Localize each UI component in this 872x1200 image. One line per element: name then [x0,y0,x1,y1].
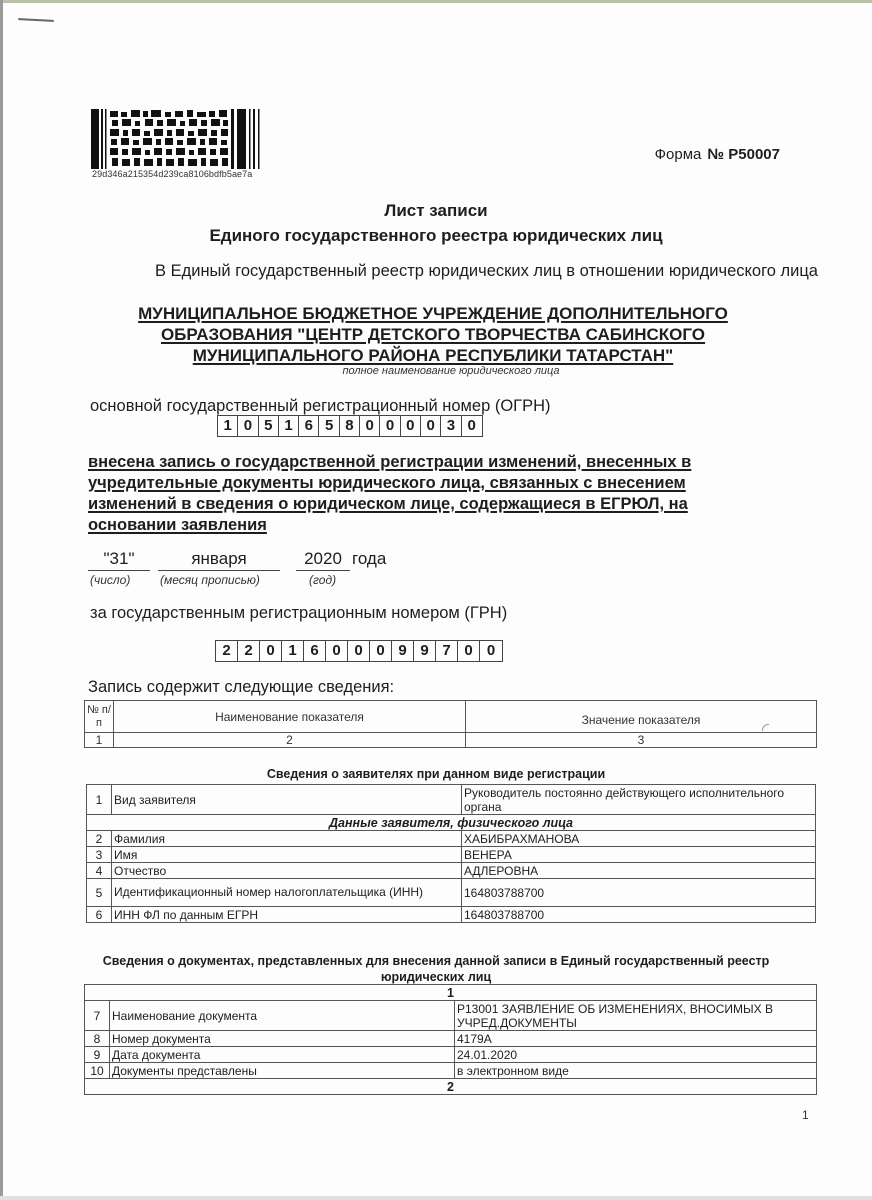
row-number: 6 [87,907,112,923]
org-name-line: МУНИЦИПАЛЬНОГО РАЙОНА РЕСПУБЛИКИ ТАТАРСТ… [193,346,673,365]
row-label: Отчество [112,863,462,879]
grn-digit: 0 [458,641,480,661]
row-number: 10 [85,1063,110,1079]
col-index-2: 2 [114,733,466,748]
grn-digit: 7 [436,641,458,661]
row-label: Идентификационный номер налогоплательщик… [112,879,462,907]
ogrn-digit: 5 [259,416,279,436]
documents-section-title: Сведения о документах, представленных дл… [0,953,872,985]
grn-digit: 0 [260,641,282,661]
documents-table: 1 7 Наименование документа Р13001 ЗАЯВЛЕ… [84,984,817,1095]
row-value: ХАБИБРАХМАНОВА [462,831,816,847]
org-name-line: ОБРАЗОВАНИЯ "ЦЕНТР ДЕТСКОГО ТВОРЧЕСТВА С… [161,325,705,344]
row-number: 7 [85,1001,110,1031]
row-value: Руководитель постоянно действующего испо… [462,785,816,815]
contents-label: Запись содержит следующие сведения: [88,678,394,697]
col-number-header: № п/п [85,701,114,733]
table-row: 8 Номер документа 4179А [85,1031,817,1047]
row-value: ВЕНЕРА [462,847,816,863]
grn-digit: 9 [392,641,414,661]
document-title: Лист записи [0,201,872,221]
document-subtitle: Единого государственного реестра юридиче… [0,226,872,246]
table-row: 6 ИНН ФЛ по данным ЕГРН 164803788700 [87,907,816,923]
organization-name: МУНИЦИПАЛЬНОЕ БЮДЖЕТНОЕ УЧРЕЖДЕНИЕ ДОПОЛ… [108,303,758,366]
grn-digit: 0 [480,641,502,661]
col-name-header: Наименование показателя [114,701,466,733]
registration-date: "31" (число) января (месяц прописью) 202… [88,549,408,594]
ogrn-digit: 1 [279,416,299,436]
ogrn-digit: 0 [238,416,258,436]
row-number: 1 [87,785,112,815]
org-name-caption: полное наименование юридического лица [0,365,872,377]
ogrn-digit: 0 [421,416,441,436]
date-suffix: года [352,549,386,569]
grn-digit: 2 [216,641,238,661]
table-row: 10 Документы представлены в электронном … [85,1063,817,1079]
scan-edge-bottom [0,1196,872,1200]
row-number: 2 [87,831,112,847]
intro-text: В Единый государственный реестр юридичес… [88,262,838,281]
col-index-3: 3 [466,733,817,748]
date-day-caption: (число) [90,573,130,587]
barcode-id: 29d346a215354d239ca8106bdfb5ae7a [92,169,252,179]
row-value: 164803788700 [462,879,816,907]
table-row: 7 Наименование документа Р13001 ЗАЯВЛЕНИ… [85,1001,817,1031]
form-number: Форма№ Р50007 [655,146,780,163]
row-label: Дата документа [110,1047,455,1063]
table-row: 1 Вид заявителя Руководитель постоянно д… [87,785,816,815]
scan-edge-top [0,0,872,3]
row-label: Имя [112,847,462,863]
statement-line: изменений в сведения о юридическом лице,… [88,495,688,513]
contents-header-table: № п/п Наименование показателя Значение п… [84,700,817,748]
scan-edge-left [0,0,3,1200]
date-month-caption: (месяц прописью) [160,573,260,587]
ogrn-digit: 5 [319,416,339,436]
grn-digit: 0 [370,641,392,661]
date-year: 2020 [296,549,350,571]
row-label: Номер документа [110,1031,455,1047]
row-label: Фамилия [112,831,462,847]
row-value: 4179А [455,1031,817,1047]
grn-digit: 1 [282,641,304,661]
ogrn-digit: 6 [299,416,319,436]
pen-mark [762,724,769,731]
statement-line: основании заявления [88,516,267,534]
ogrn-digits: 1 0 5 1 6 5 8 0 0 0 0 3 0 [217,415,483,437]
date-month: января [158,549,280,571]
ogrn-label: основной государственный регистрационный… [90,397,551,416]
form-code: № Р50007 [707,146,780,163]
applicant-subheader: Данные заявителя, физического лица [87,815,816,831]
page-number: 1 [802,1108,809,1122]
ogrn-digit: 0 [380,416,400,436]
row-label: Наименование документа [110,1001,455,1031]
grn-digit: 0 [326,641,348,661]
table-row: 2 Фамилия ХАБИБРАХМАНОВА [87,831,816,847]
row-number: 4 [87,863,112,879]
ogrn-digit: 8 [340,416,360,436]
grn-digits: 2 2 0 1 6 0 0 0 9 9 7 0 0 [215,640,503,662]
grn-label: за государственным регистрационным номер… [90,604,507,623]
row-number: 9 [85,1047,110,1063]
ogrn-digit: 0 [462,416,482,436]
grn-digit: 6 [304,641,326,661]
row-value: АДЛЕРОВНА [462,863,816,879]
row-value: 24.01.2020 [455,1047,817,1063]
ogrn-digit: 3 [441,416,461,436]
grn-digit: 2 [238,641,260,661]
date-year-caption: (год) [309,573,336,587]
statement-line: внесена запись о государственной регистр… [88,453,691,471]
registration-statement: внесена запись о государственной регистр… [88,452,768,536]
date-day: "31" [88,549,150,571]
grn-digit: 0 [348,641,370,661]
table-row: 4 Отчество АДЛЕРОВНА [87,863,816,879]
row-value: Р13001 ЗАЯВЛЕНИЕ ОБ ИЗМЕНЕНИЯХ, ВНОСИМЫХ… [455,1001,817,1031]
ogrn-digit: 1 [218,416,238,436]
table-row: 5 Идентификационный номер налогоплательщ… [87,879,816,907]
document-group-number: 1 [85,985,817,1001]
form-label: Форма [655,146,702,163]
table-row: 3 Имя ВЕНЕРА [87,847,816,863]
pdf417-barcode-icon [91,109,287,169]
ogrn-digit: 0 [401,416,421,436]
org-name-line: МУНИЦИПАЛЬНОЕ БЮДЖЕТНОЕ УЧРЕЖДЕНИЕ ДОПОЛ… [138,304,728,323]
row-value: 164803788700 [462,907,816,923]
row-number: 8 [85,1031,110,1047]
pen-mark [18,18,54,22]
col-index-1: 1 [85,733,114,748]
row-label: ИНН ФЛ по данным ЕГРН [112,907,462,923]
document-group-number: 2 [85,1079,817,1095]
row-value: в электронном виде [455,1063,817,1079]
ogrn-digit: 0 [360,416,380,436]
row-label: Вид заявителя [112,785,462,815]
applicants-table: 1 Вид заявителя Руководитель постоянно д… [86,784,816,923]
applicants-section-title: Сведения о заявителях при данном виде ре… [0,767,872,781]
row-number: 3 [87,847,112,863]
table-row: 9 Дата документа 24.01.2020 [85,1047,817,1063]
statement-line: учредительные документы юридического лиц… [88,474,686,492]
row-label: Документы представлены [110,1063,455,1079]
grn-digit: 9 [414,641,436,661]
row-number: 5 [87,879,112,907]
